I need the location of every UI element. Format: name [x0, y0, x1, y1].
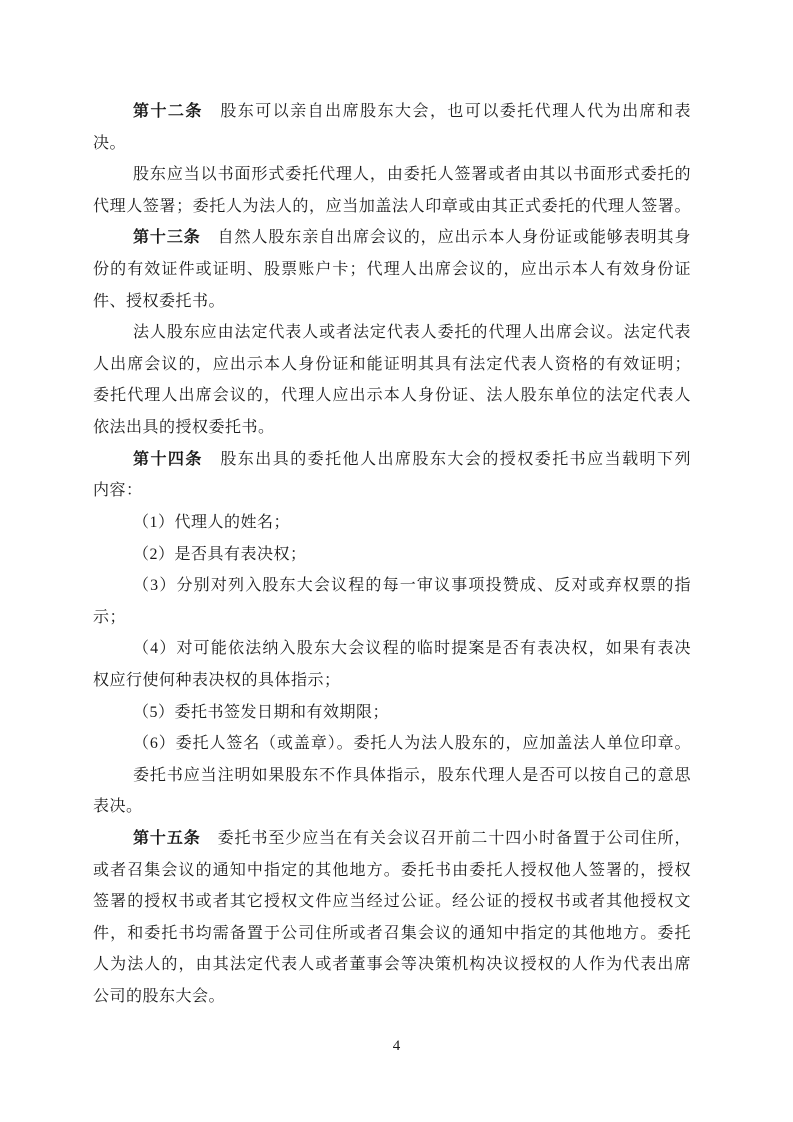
- text-line: 示；: [93, 602, 691, 634]
- text-line: （1）代理人的姓名；: [93, 507, 691, 539]
- text-line: 股东应当以书面形式委托代理人，由委托人签署或者由其以书面形式委托的: [93, 159, 691, 191]
- text-line: 表决。: [93, 791, 691, 823]
- line-text: 公司的股东大会。: [93, 988, 225, 1005]
- text-line: 件、授权委托书。: [93, 286, 691, 318]
- line-text: 件，和委托书均需备置于公司住所或者召集会议的通知中指定的其他地方。委托: [93, 925, 691, 942]
- text-line: （2）是否具有表决权；: [93, 539, 691, 571]
- line-text: 代理人签署；委托人为法人的，应当加盖法人印章或由其正式委托的代理人签署。: [93, 198, 691, 215]
- text-line: 第十三条 自然人股东亲自出席会议的，应出示本人身份证或能够表明其身: [93, 222, 691, 254]
- text-line: （3）分别对列入股东大会议程的每一审议事项投赞成、反对或弃权票的指: [93, 570, 691, 602]
- text-line: 内容：: [93, 475, 691, 507]
- line-text: 决。: [93, 135, 126, 152]
- text-line: 份的有效证件或证明、股票账户卡；代理人出席会议的，应出示本人有效身份证: [93, 254, 691, 286]
- line-text: 依法出具的授权委托书。: [93, 419, 275, 436]
- line-text: 股东应当以书面形式委托代理人，由委托人签署或者由其以书面形式委托的: [133, 166, 691, 183]
- text-line: 人出席会议的，应出示本人身份证和能证明其具有法定代表人资格的有效证明；: [93, 349, 691, 381]
- page-number: 4: [0, 1038, 793, 1054]
- line-text: （6）委托人签名（或盖章）。委托人为法人股东的，应加盖法人单位印章。: [133, 735, 691, 752]
- line-text: 权应行使何种表决权的具体指示；: [93, 672, 341, 689]
- text-line: 依法出具的授权委托书。: [93, 412, 691, 444]
- line-text: 人为法人的，由其法定代表人或者董事会等决策机构决议授权的人作为代表出席: [93, 956, 691, 973]
- line-text: 委托书应当注明如果股东不作具体指示，股东代理人是否可以按自己的意思: [133, 767, 691, 784]
- text-line: 第十四条 股东出具的委托他人出席股东大会的授权委托书应当载明下列: [93, 444, 691, 476]
- line-text: 人出席会议的，应出示本人身份证和能证明其具有法定代表人资格的有效证明；: [93, 356, 691, 373]
- text-line: 决。: [93, 128, 691, 160]
- line-text: 法人股东应由法定代表人或者法定代表人委托的代理人出席会议。法定代表: [133, 324, 691, 341]
- line-text: （4）对可能依法纳入股东大会议程的临时提案是否有表决权，如果有表决: [133, 640, 691, 657]
- line-text: 股东可以亲自出席股东大会，也可以委托代理人代为出席和表: [203, 103, 691, 120]
- text-line: 委托书应当注明如果股东不作具体指示，股东代理人是否可以按自己的意思: [93, 760, 691, 792]
- text-line: 法人股东应由法定代表人或者法定代表人委托的代理人出席会议。法定代表: [93, 317, 691, 349]
- line-text: （2）是否具有表决权；: [133, 546, 307, 563]
- document-lines: 第十二条 股东可以亲自出席股东大会，也可以委托代理人代为出席和表决。股东应当以书…: [93, 96, 691, 1013]
- text-line: 人为法人的，由其法定代表人或者董事会等决策机构决议授权的人作为代表出席: [93, 949, 691, 981]
- line-text: （5）委托书签发日期和有效期限；: [133, 704, 389, 721]
- article-number: 第十二条: [133, 103, 203, 120]
- text-line: 公司的股东大会。: [93, 981, 691, 1013]
- line-text: 或者召集会议的通知中指定的其他地方。委托书由委托人授权他人签署的，授权: [93, 862, 691, 879]
- text-line: 权应行使何种表决权的具体指示；: [93, 665, 691, 697]
- line-text: 委托书至少应当在有关会议召开前二十四小时备置于公司住所，: [201, 830, 691, 847]
- text-line: 第十五条 委托书至少应当在有关会议召开前二十四小时备置于公司住所，: [93, 823, 691, 855]
- article-number: 第十四条: [133, 451, 203, 468]
- text-line: （6）委托人签名（或盖章）。委托人为法人股东的，应加盖法人单位印章。: [93, 728, 691, 760]
- line-text: 签署的授权书或者其它授权文件应当经过公证。经公证的授权书或者其他授权文: [93, 893, 691, 910]
- text-line: 签署的授权书或者其它授权文件应当经过公证。经公证的授权书或者其他授权文: [93, 886, 691, 918]
- line-text: 件、授权委托书。: [93, 293, 225, 310]
- line-text: 委托代理人出席会议的，代理人应出示本人身份证、法人股东单位的法定代表人: [93, 387, 691, 404]
- article-number: 第十三条: [133, 229, 201, 246]
- document-page: 第十二条 股东可以亲自出席股东大会，也可以委托代理人代为出席和表决。股东应当以书…: [0, 0, 793, 1122]
- line-text: 份的有效证件或证明、股票账户卡；代理人出席会议的，应出示本人有效身份证: [93, 261, 691, 278]
- line-text: 自然人股东亲自出席会议的，应出示本人身份证或能够表明其身: [201, 229, 691, 246]
- text-line: 第十二条 股东可以亲自出席股东大会，也可以委托代理人代为出席和表: [93, 96, 691, 128]
- text-line: 代理人签署；委托人为法人的，应当加盖法人印章或由其正式委托的代理人签署。: [93, 191, 691, 223]
- article-number: 第十五条: [133, 830, 201, 847]
- text-line: （4）对可能依法纳入股东大会议程的临时提案是否有表决权，如果有表决: [93, 633, 691, 665]
- text-line: 件，和委托书均需备置于公司住所或者召集会议的通知中指定的其他地方。委托: [93, 918, 691, 950]
- line-text: 股东出具的委托他人出席股东大会的授权委托书应当载明下列: [203, 451, 691, 468]
- text-line: 委托代理人出席会议的，代理人应出示本人身份证、法人股东单位的法定代表人: [93, 380, 691, 412]
- text-line: （5）委托书签发日期和有效期限；: [93, 697, 691, 729]
- line-text: 内容：: [93, 482, 143, 499]
- line-text: （1）代理人的姓名；: [133, 514, 290, 531]
- line-text: 表决。: [93, 798, 143, 815]
- text-line: 或者召集会议的通知中指定的其他地方。委托书由委托人授权他人签署的，授权: [93, 855, 691, 887]
- line-text: （3）分别对列入股东大会议程的每一审议事项投赞成、反对或弃权票的指: [133, 577, 691, 594]
- line-text: 示；: [93, 609, 126, 626]
